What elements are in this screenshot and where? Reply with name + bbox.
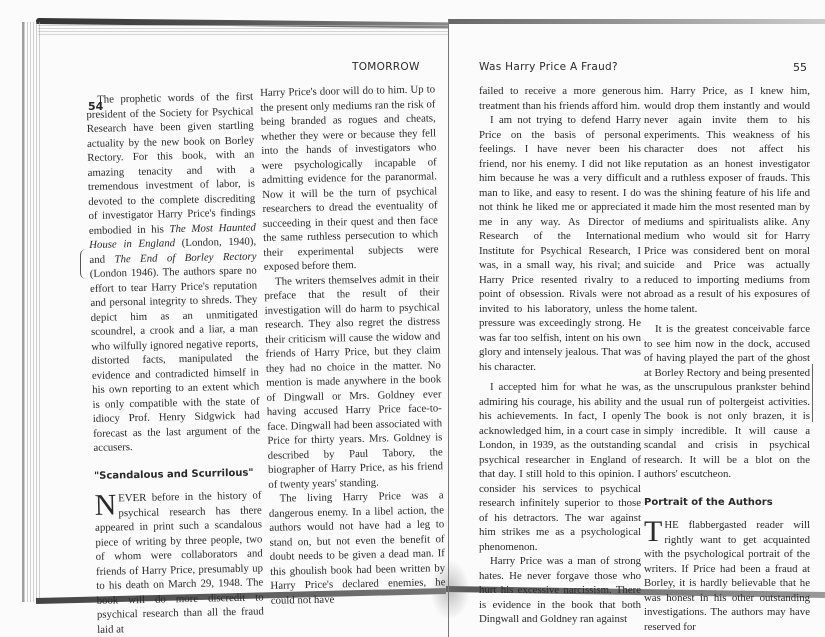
paragraph-text: (London 1946). The authors spare no effo… xyxy=(90,264,261,453)
book-left-edge xyxy=(22,22,40,602)
paragraph-text: flabbergasted reader will rightly want t… xyxy=(644,519,810,633)
paragraph: THE flabbergasted reader will rightly wa… xyxy=(644,518,810,634)
paragraph: I accepted him for what he was, admiring… xyxy=(479,380,641,554)
right-page-column-2: him. Harry Price, as I knew him, would d… xyxy=(644,84,810,634)
book-title: The End of Borley Rectory xyxy=(114,250,256,265)
paragraph: The living Harry Price was a dangerous e… xyxy=(269,488,446,608)
running-head-right: Was Harry Price A Fraud? xyxy=(479,61,618,73)
book-top-edge-right xyxy=(448,19,825,24)
paragraph-text: The prophetic words of the first preside… xyxy=(86,91,255,237)
small-caps-text: EVER xyxy=(118,492,146,505)
book-gutter xyxy=(448,20,449,637)
page-number-right: 55 xyxy=(793,61,807,74)
drop-cap: T xyxy=(644,519,662,545)
right-page-column-1: failed to receive a more generous treatm… xyxy=(479,84,641,627)
section-heading: "Scandalous and Scurrilous" xyxy=(94,466,261,484)
pencil-margin-line xyxy=(811,364,813,422)
paragraph: The prophetic words of the first preside… xyxy=(86,90,261,456)
scanned-book-spread: 54 TOMORROW The prophetic words of the f… xyxy=(0,0,825,637)
left-page-column-1: The prophetic words of the first preside… xyxy=(86,90,264,637)
paragraph: I am not trying to defend Harry Price on… xyxy=(479,113,641,374)
page-stack-lines xyxy=(38,25,448,37)
small-caps-text: HE xyxy=(664,519,678,531)
running-head-left: TOMORROW xyxy=(352,61,420,73)
paragraph: It is the greatest conceivable farce to … xyxy=(644,322,810,482)
paragraph: failed to receive a more generous treatm… xyxy=(479,84,641,113)
paragraph: The writers themselves admit in their pr… xyxy=(264,271,444,492)
paragraph: Harry Price's door will do to him. Up to… xyxy=(260,82,439,274)
paragraph: Harry Price was a man of strong hates. H… xyxy=(479,554,641,627)
paragraph: NEVER before in the history of psychical… xyxy=(94,488,264,636)
paragraph-text: before in the history of psychical resea… xyxy=(95,489,264,635)
section-heading: Portrait of the Authors xyxy=(644,496,810,511)
left-page-column-2: Harry Price's door will do to him. Up to… xyxy=(260,82,446,608)
paragraph: him. Harry Price, as I knew him, would d… xyxy=(644,84,810,316)
pencil-bracket-mark xyxy=(80,249,87,279)
drop-cap: N xyxy=(94,492,116,518)
